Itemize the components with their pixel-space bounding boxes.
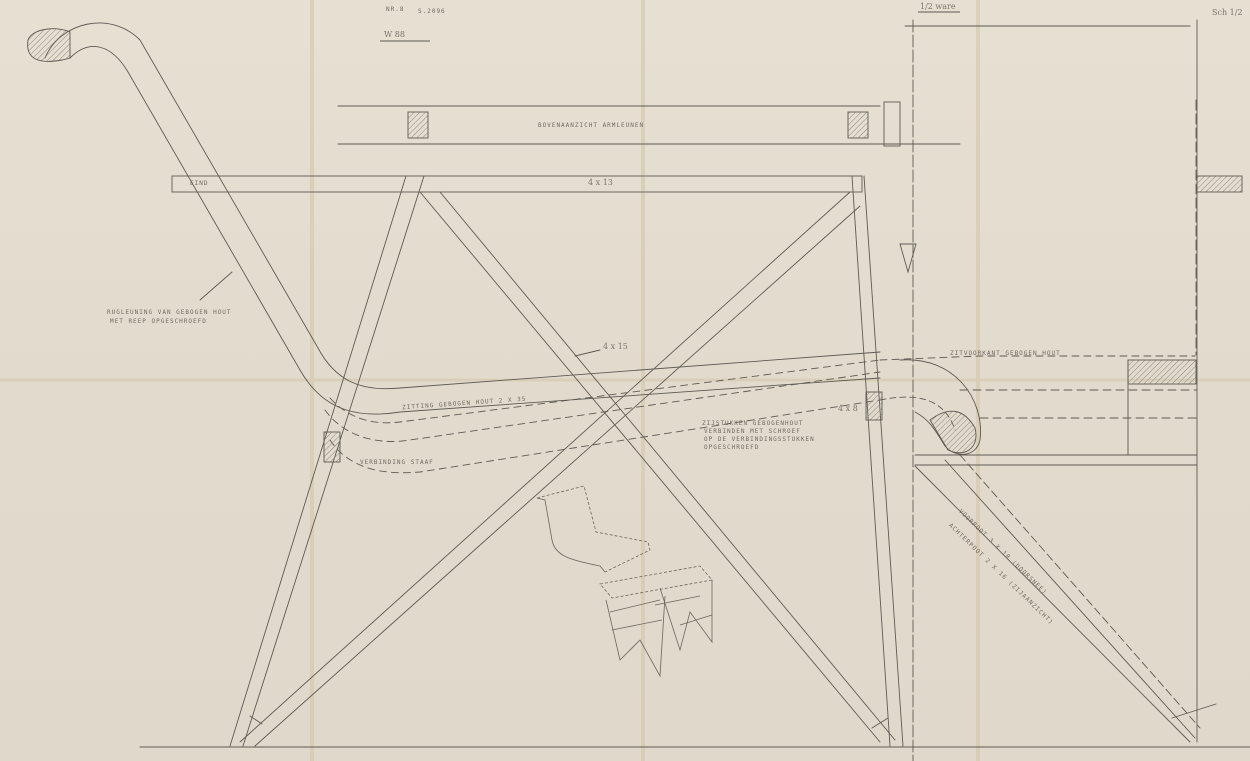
top-view-label: BOVENAANZICHT ARMLEUNEN (538, 122, 644, 129)
backrest-note-2: MET REEP OPGESCHROEFD (110, 318, 207, 325)
armrest-dimension: 4 x 13 (588, 178, 613, 187)
sheet-number: W 88 (384, 30, 405, 39)
isometric-chair-sketch (537, 486, 712, 676)
frame-note-2: VERBINDEN MET SCHROEF (704, 428, 801, 435)
backrest-note-1: RUGLEUNING VAN GEBOGEN HOUT (107, 309, 232, 316)
joint-note: VERBINDING STAAF (360, 459, 434, 466)
frame-note-3: OP DE VERBINDINGSSTUKKEN (704, 436, 815, 443)
scale-note: 1/2 ware (920, 2, 956, 11)
frame-note-4: OPGESCHROEFD (704, 444, 759, 451)
seat-front-note: ZITVOORKANT GEBOGEN HOUT (950, 350, 1061, 357)
paper-folds (0, 0, 1250, 761)
seat-dimension: 4 x 15 (603, 342, 628, 351)
side-dimension: 4 x 8 (838, 404, 858, 413)
corner-note: Sch 1/2 (1212, 8, 1243, 17)
technical-drawing-sheet: NR.8 S.2096 W 88 1/2 ware Sch 1/2 BOVENA… (0, 0, 1250, 761)
backrest-inner (70, 47, 880, 415)
small-tag: EIND (190, 180, 208, 187)
stamp-line2: S.2096 (418, 8, 446, 15)
chair-drawing (0, 0, 1250, 761)
backrest-section (28, 29, 70, 62)
backrest-outer (45, 23, 880, 389)
armrest (172, 176, 862, 192)
frame-note-1: ZIJSTUKKEN GEBOGENHOUT (702, 420, 803, 427)
stamp-line1: NR.8 (386, 6, 404, 13)
